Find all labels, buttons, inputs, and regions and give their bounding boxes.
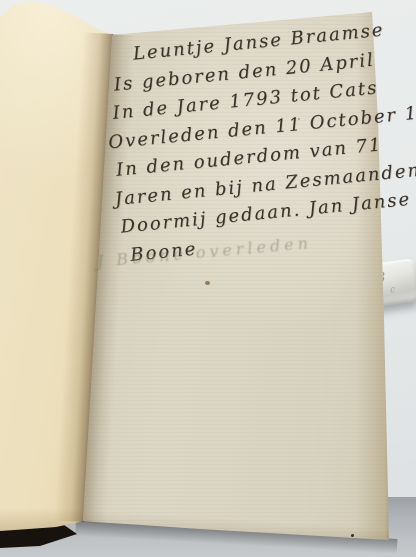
tab-mark-secondary: c xyxy=(389,285,395,296)
photo-of-open-book: 3 c Leuntje Janse Braamse Is geboren den… xyxy=(0,0,416,557)
foxing-spot xyxy=(298,118,300,120)
foxing-spot xyxy=(351,534,354,537)
foxing-spot xyxy=(205,281,210,285)
foxing-spot xyxy=(338,96,340,98)
